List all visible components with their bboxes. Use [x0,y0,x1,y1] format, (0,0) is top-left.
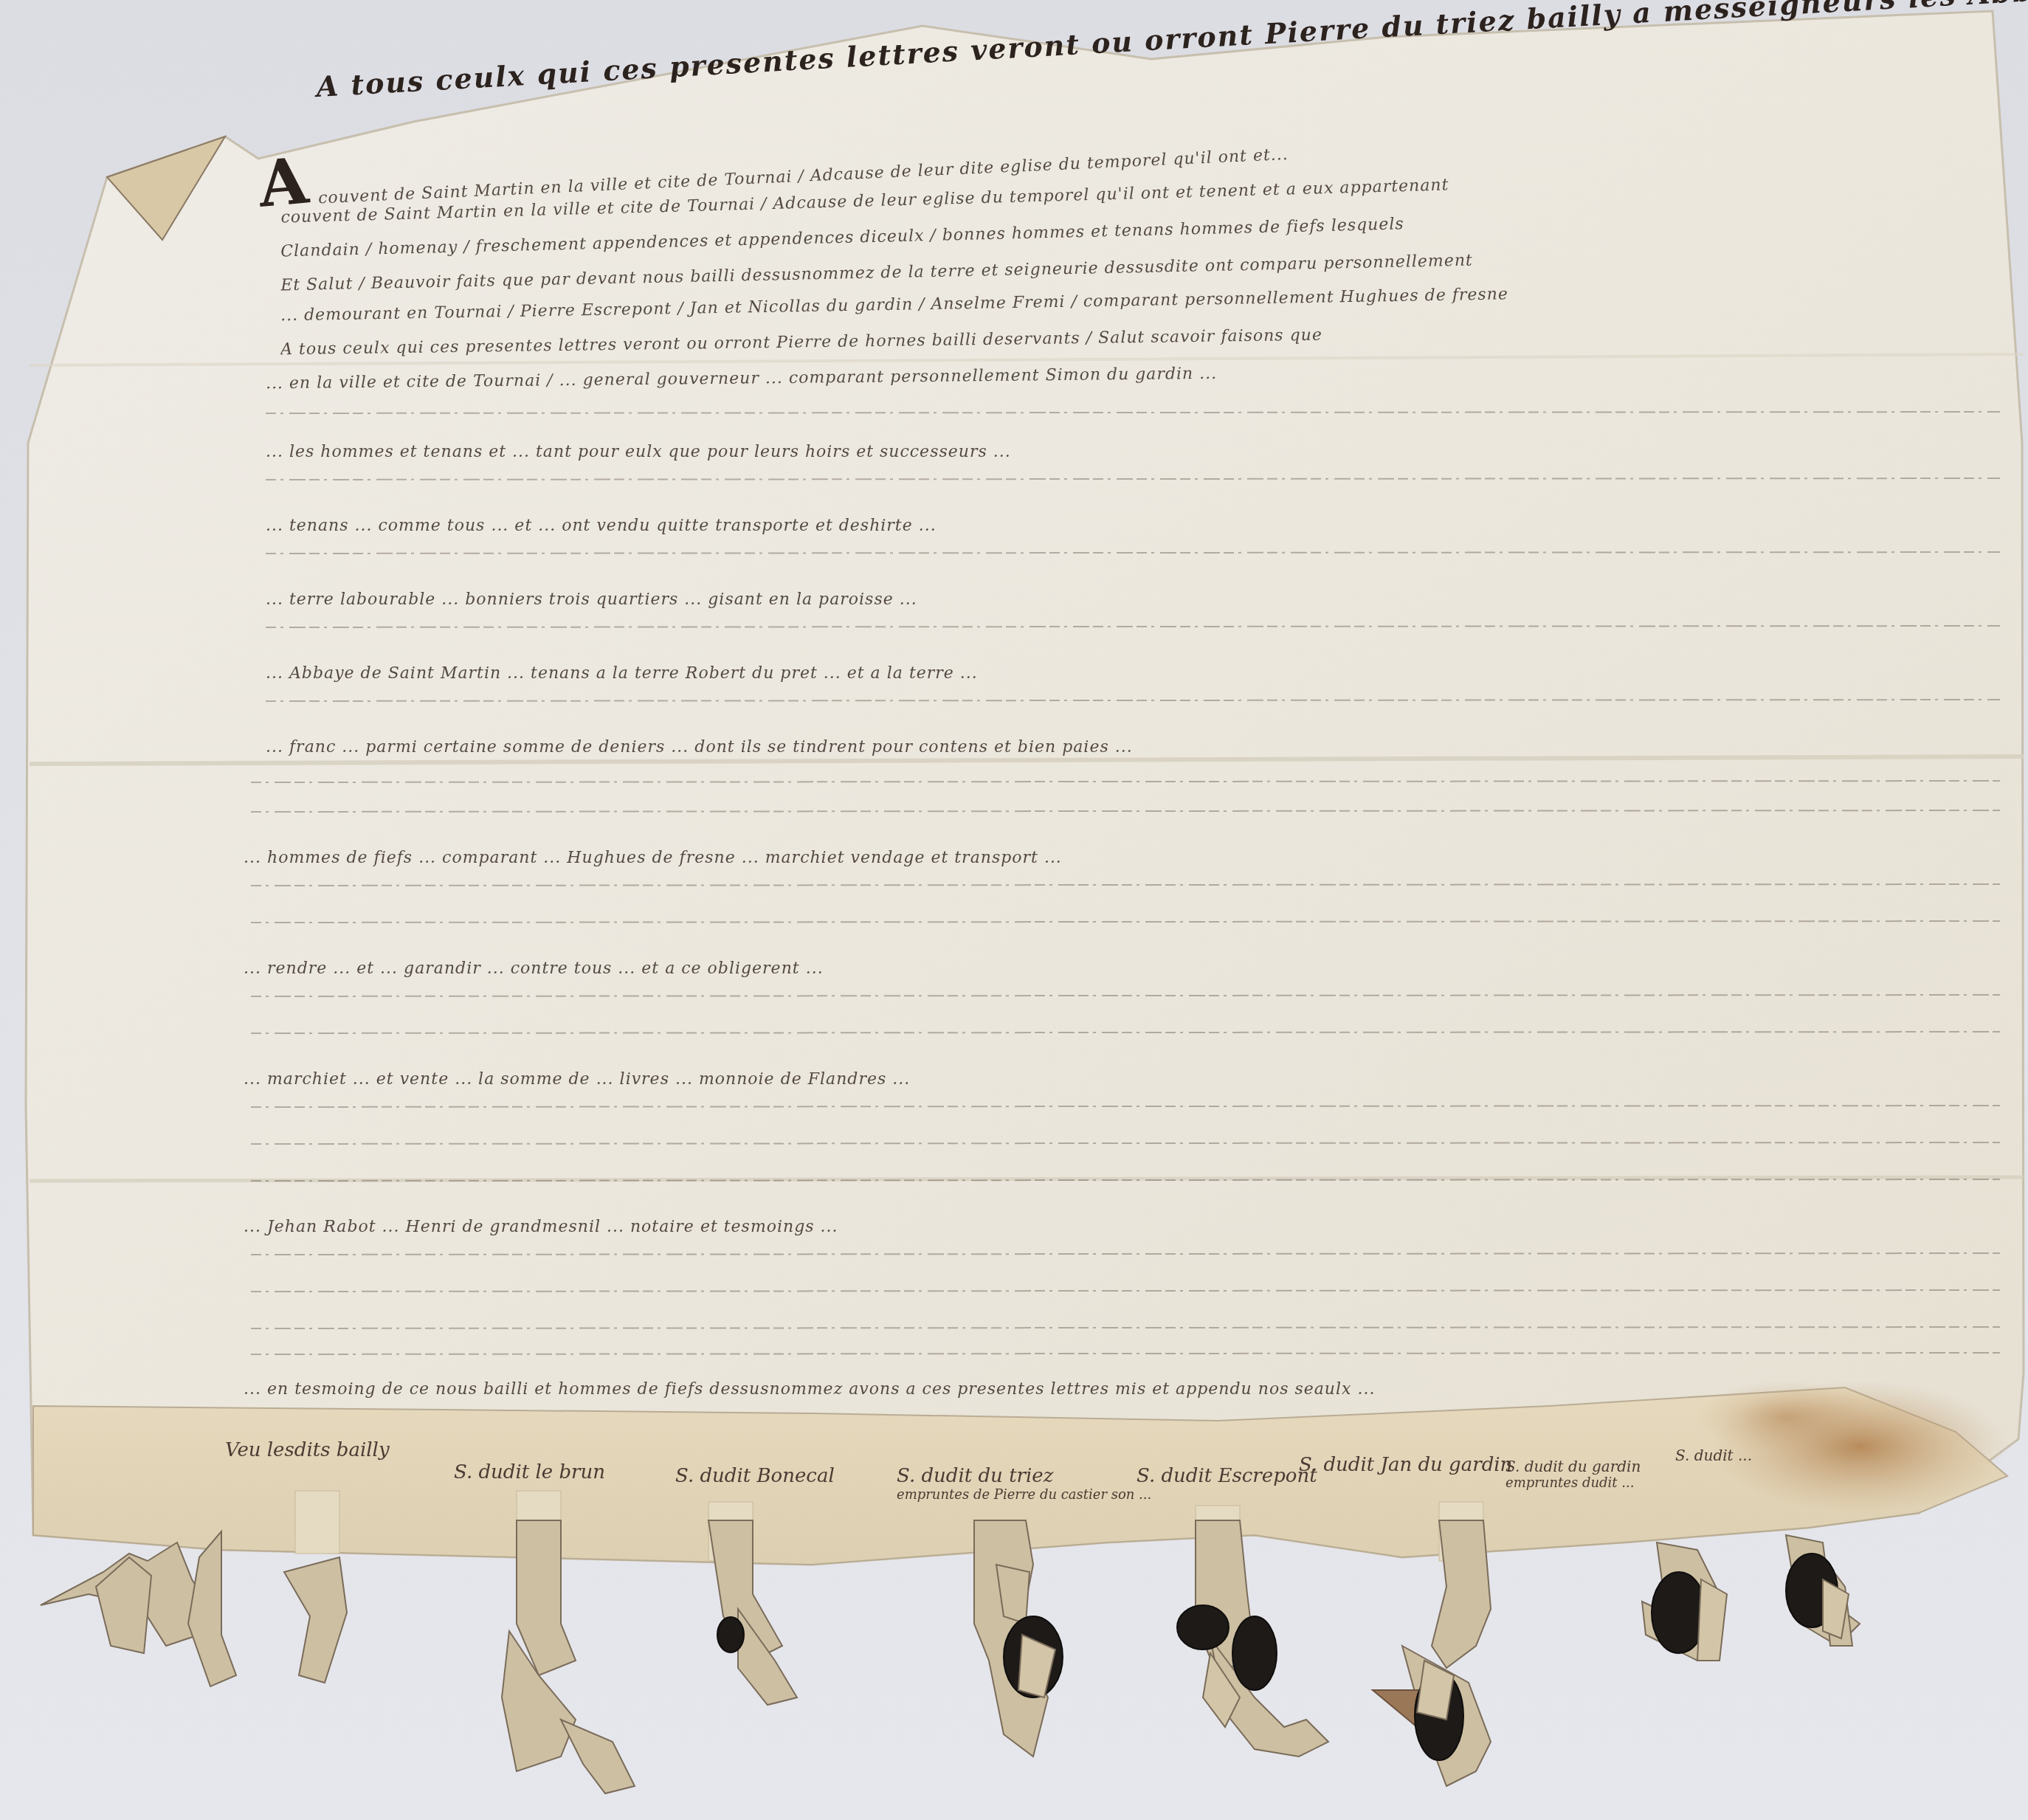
signature: S. dudit du gardin empruntes dudit ... [1506,1458,1641,1491]
signature: S. dudit ... [1675,1447,1752,1464]
signature-note: empruntes de Pierre du castier son ... [897,1487,1151,1503]
signature: S. dudit Escrepont [1137,1465,1317,1487]
signature-note: empruntes dudit ... [1506,1475,1641,1491]
signature: S. dudit Bonecal [675,1465,835,1487]
signature: Veu lesdits bailly [225,1439,390,1461]
script-texture [0,0,2028,1820]
signature: S. dudit du triez empruntes de Pierre du… [897,1465,1151,1503]
signature-name: S. dudit du triez [897,1465,1053,1487]
photo-stage: A A tous ceulx qui ces presentes lettres… [0,0,2028,1820]
signature: S. dudit le brun [454,1461,605,1483]
signature-name: S. dudit du gardin [1506,1458,1641,1475]
signature: S. dudit Jan du gardin [1299,1454,1512,1476]
